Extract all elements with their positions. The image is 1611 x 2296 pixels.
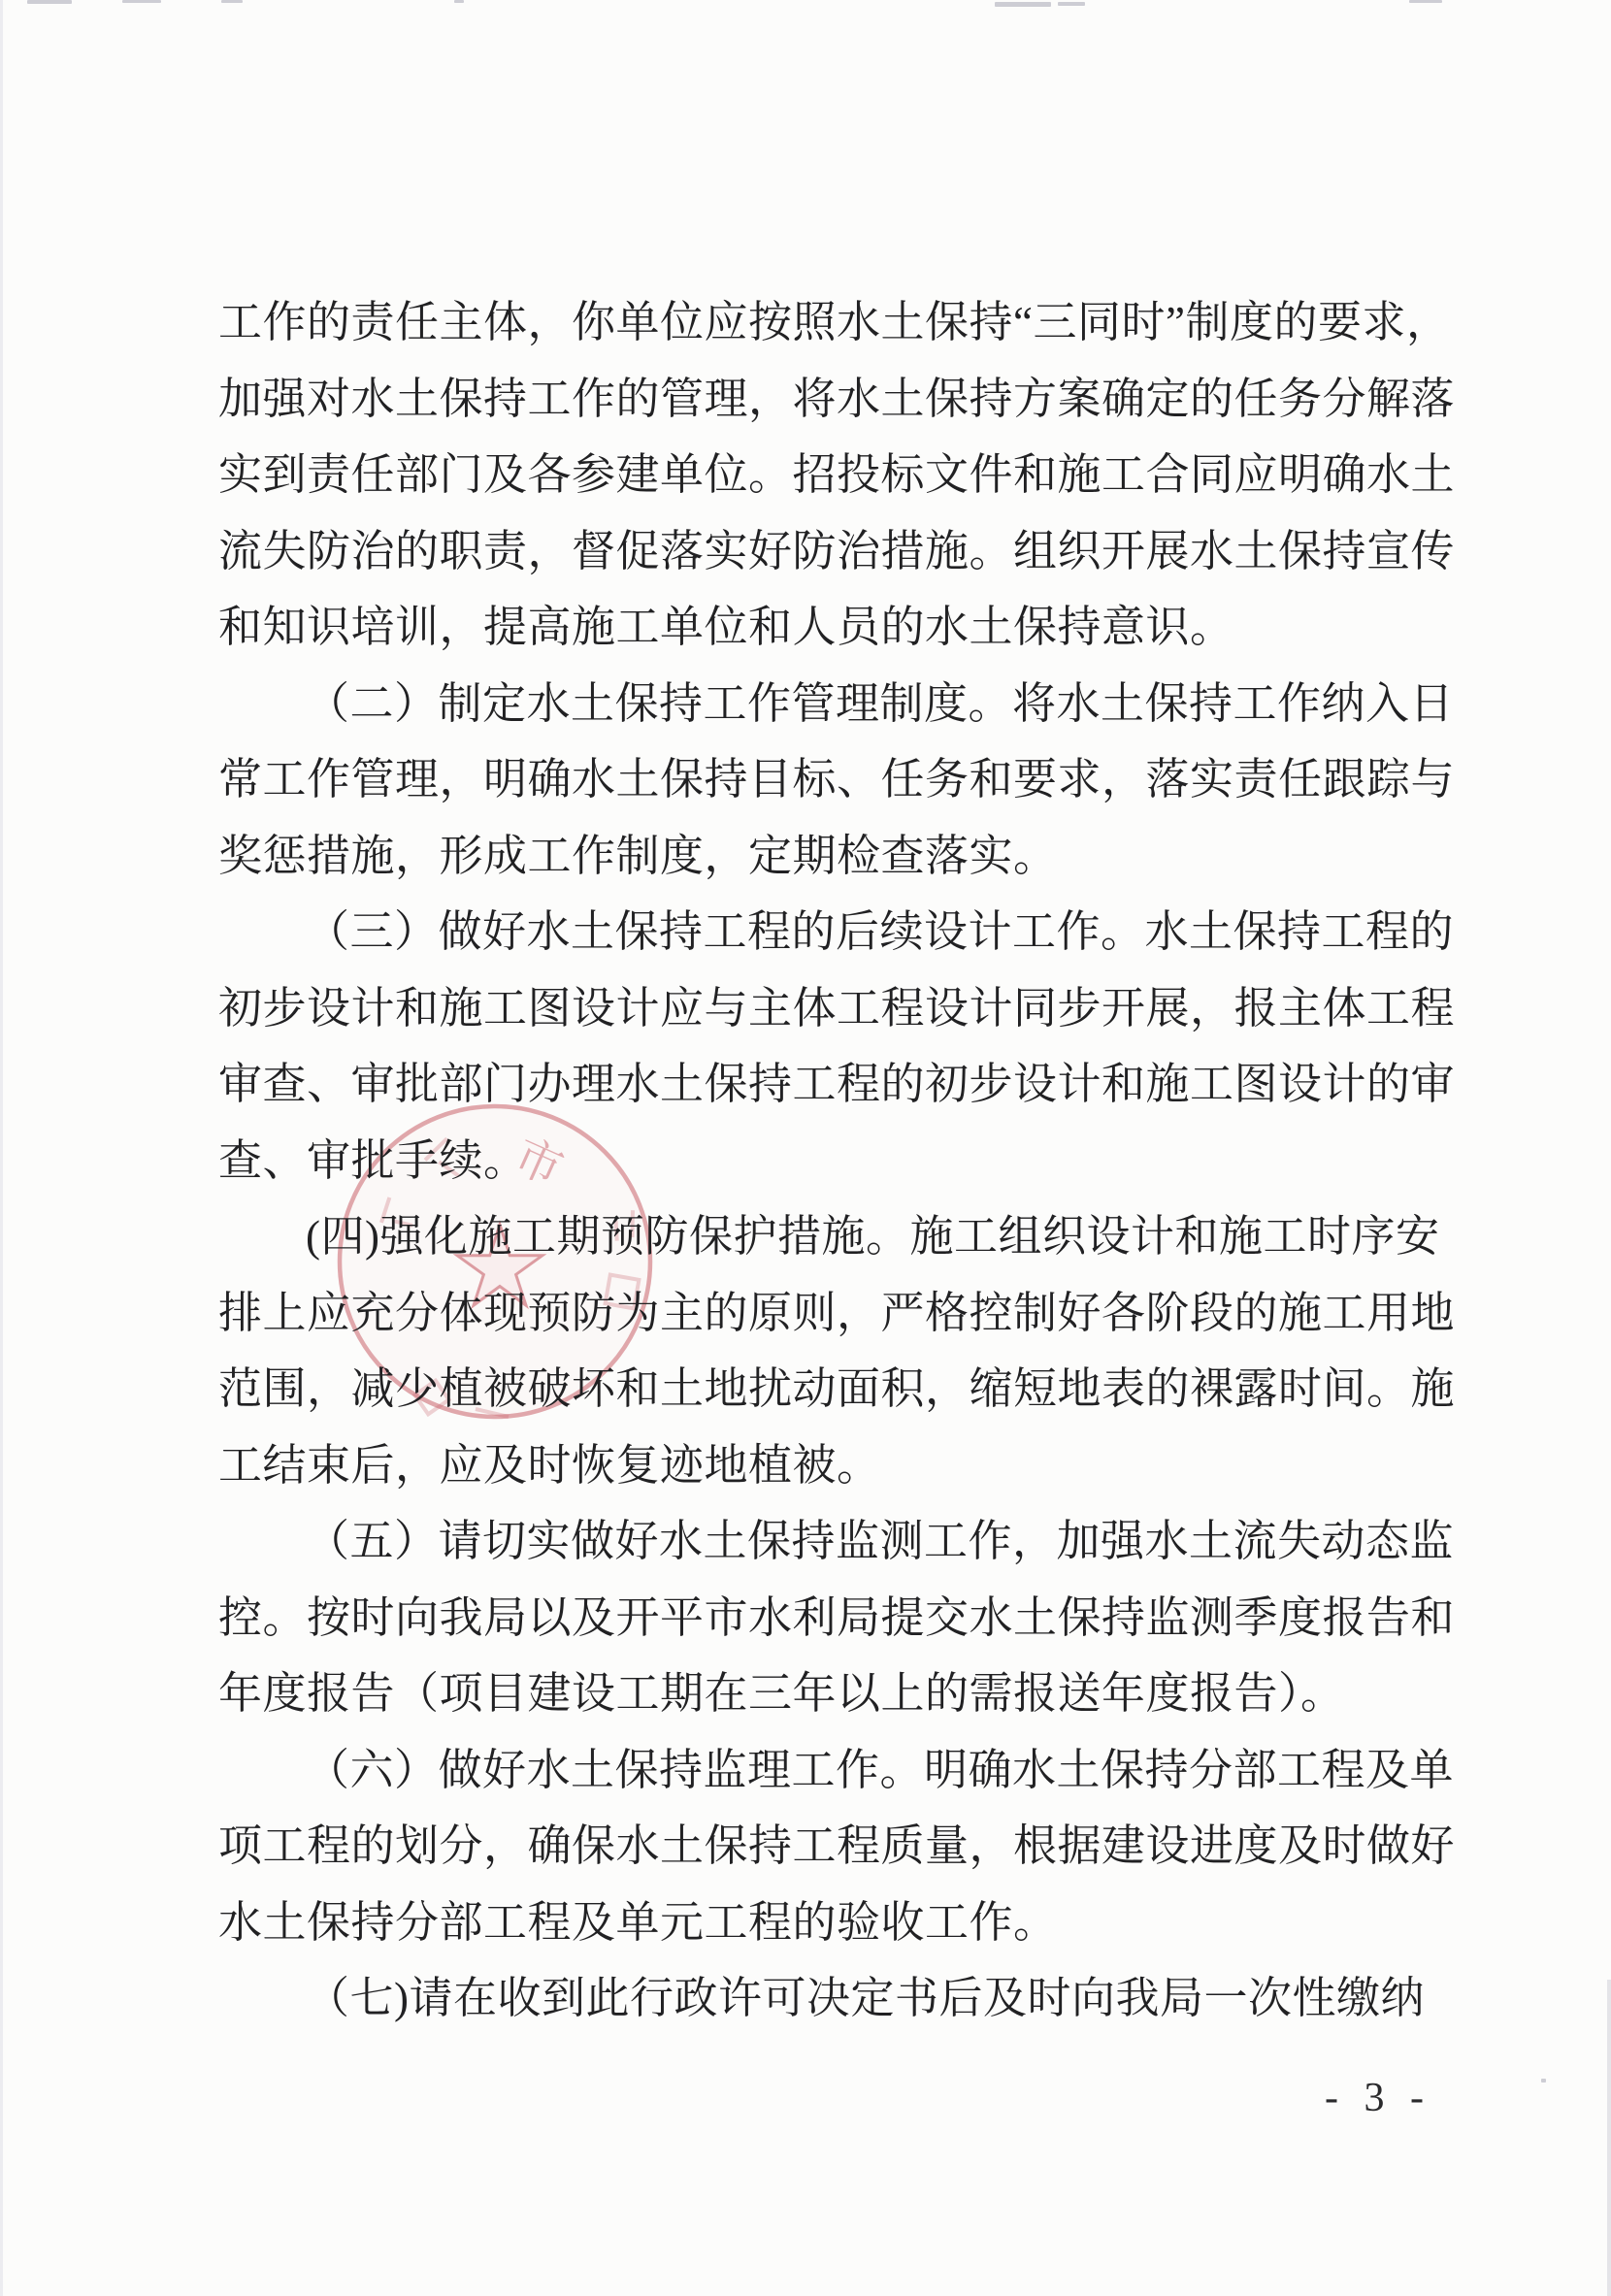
scan-artifact bbox=[27, 0, 72, 4]
text-line: 工结束后，应及时恢复迹地植被。 bbox=[218, 1427, 1422, 1504]
text-line: 项工程的划分，确保水土保持工程质量，根据建设进度及时做好 bbox=[218, 1808, 1422, 1885]
text-line: （五）请切实做好水土保持监测工作，加强水土流失动态监 bbox=[218, 1503, 1422, 1580]
body-text: 工作的责任主体，你单位应按照水土保持“三同时”制度的要求，加强对水土保持工作的管… bbox=[218, 284, 1422, 2037]
scan-edge-left bbox=[0, 0, 3, 2296]
text-line: （二）制定水土保持工作管理制度。将水土保持工作纳入日 bbox=[218, 666, 1422, 742]
document-page: 市 工作的责任主体，你单位应按照水土保持“三同时”制度的要求，加强对水土保持工作… bbox=[0, 0, 1611, 2296]
text-line: (四)强化施工期预防保护措施。施工组织设计和施工时序安 bbox=[218, 1198, 1422, 1275]
scan-artifact bbox=[1541, 2079, 1546, 2083]
text-line: 常工作管理，明确水土保持目标、任务和要求，落实责任跟踪与 bbox=[218, 741, 1422, 818]
scan-artifact bbox=[1409, 0, 1442, 3]
text-line: 和知识培训，提高施工单位和人员的水土保持意识。 bbox=[218, 589, 1422, 666]
scan-artifact bbox=[1058, 2, 1085, 6]
scan-artifact bbox=[454, 0, 464, 3]
text-line: 工作的责任主体，你单位应按照水土保持“三同时”制度的要求， bbox=[218, 284, 1422, 361]
text-line: （七)请在收到此行政许可决定书后及时向我局一次性缴纳 bbox=[218, 1960, 1422, 2037]
text-line: 加强对水土保持工作的管理，将水土保持方案确定的任务分解落 bbox=[218, 361, 1422, 438]
text-line: 年度报告（项目建设工期在三年以上的需报送年度报告）。 bbox=[218, 1656, 1422, 1732]
text-line: 流失防治的职责，督促落实好防治措施。组织开展水土保持宣传 bbox=[218, 513, 1422, 590]
text-line: 水土保持分部工程及单元工程的验收工作。 bbox=[218, 1885, 1422, 1961]
text-line: 查、审批手续。 bbox=[218, 1123, 1422, 1199]
text-line: 奖惩措施，形成工作制度，定期检查落实。 bbox=[218, 818, 1422, 895]
text-line: 范围，减少植被破坏和土地扰动面积，缩短地表的裸露时间。施 bbox=[218, 1351, 1422, 1427]
text-line: 实到责任部门及各参建单位。招投标文件和施工合同应明确水土 bbox=[218, 437, 1422, 513]
page-number: - 3 - bbox=[1300, 2075, 1456, 2121]
text-line: 排上应充分体现预防为主的原则，严格控制好各阶段的施工用地 bbox=[218, 1275, 1422, 1352]
text-line: 审查、审批部门办理水土保持工程的初步设计和施工图设计的审 bbox=[218, 1046, 1422, 1123]
text-line: 控。按时向我局以及开平市水利局提交水土保持监测季度报告和 bbox=[218, 1580, 1422, 1656]
scan-artifact bbox=[995, 2, 1051, 7]
text-line: 初步设计和施工图设计应与主体工程设计同步开展，报主体工程 bbox=[218, 970, 1422, 1047]
text-line: （六）做好水土保持监理工作。明确水土保持分部工程及单 bbox=[218, 1732, 1422, 1809]
text-line: （三）做好水土保持工程的后续设计工作。水土保持工程的 bbox=[218, 894, 1422, 970]
scan-artifact bbox=[122, 0, 161, 3]
scan-edge-right bbox=[1607, 1980, 1611, 2296]
scan-artifact bbox=[221, 0, 243, 3]
